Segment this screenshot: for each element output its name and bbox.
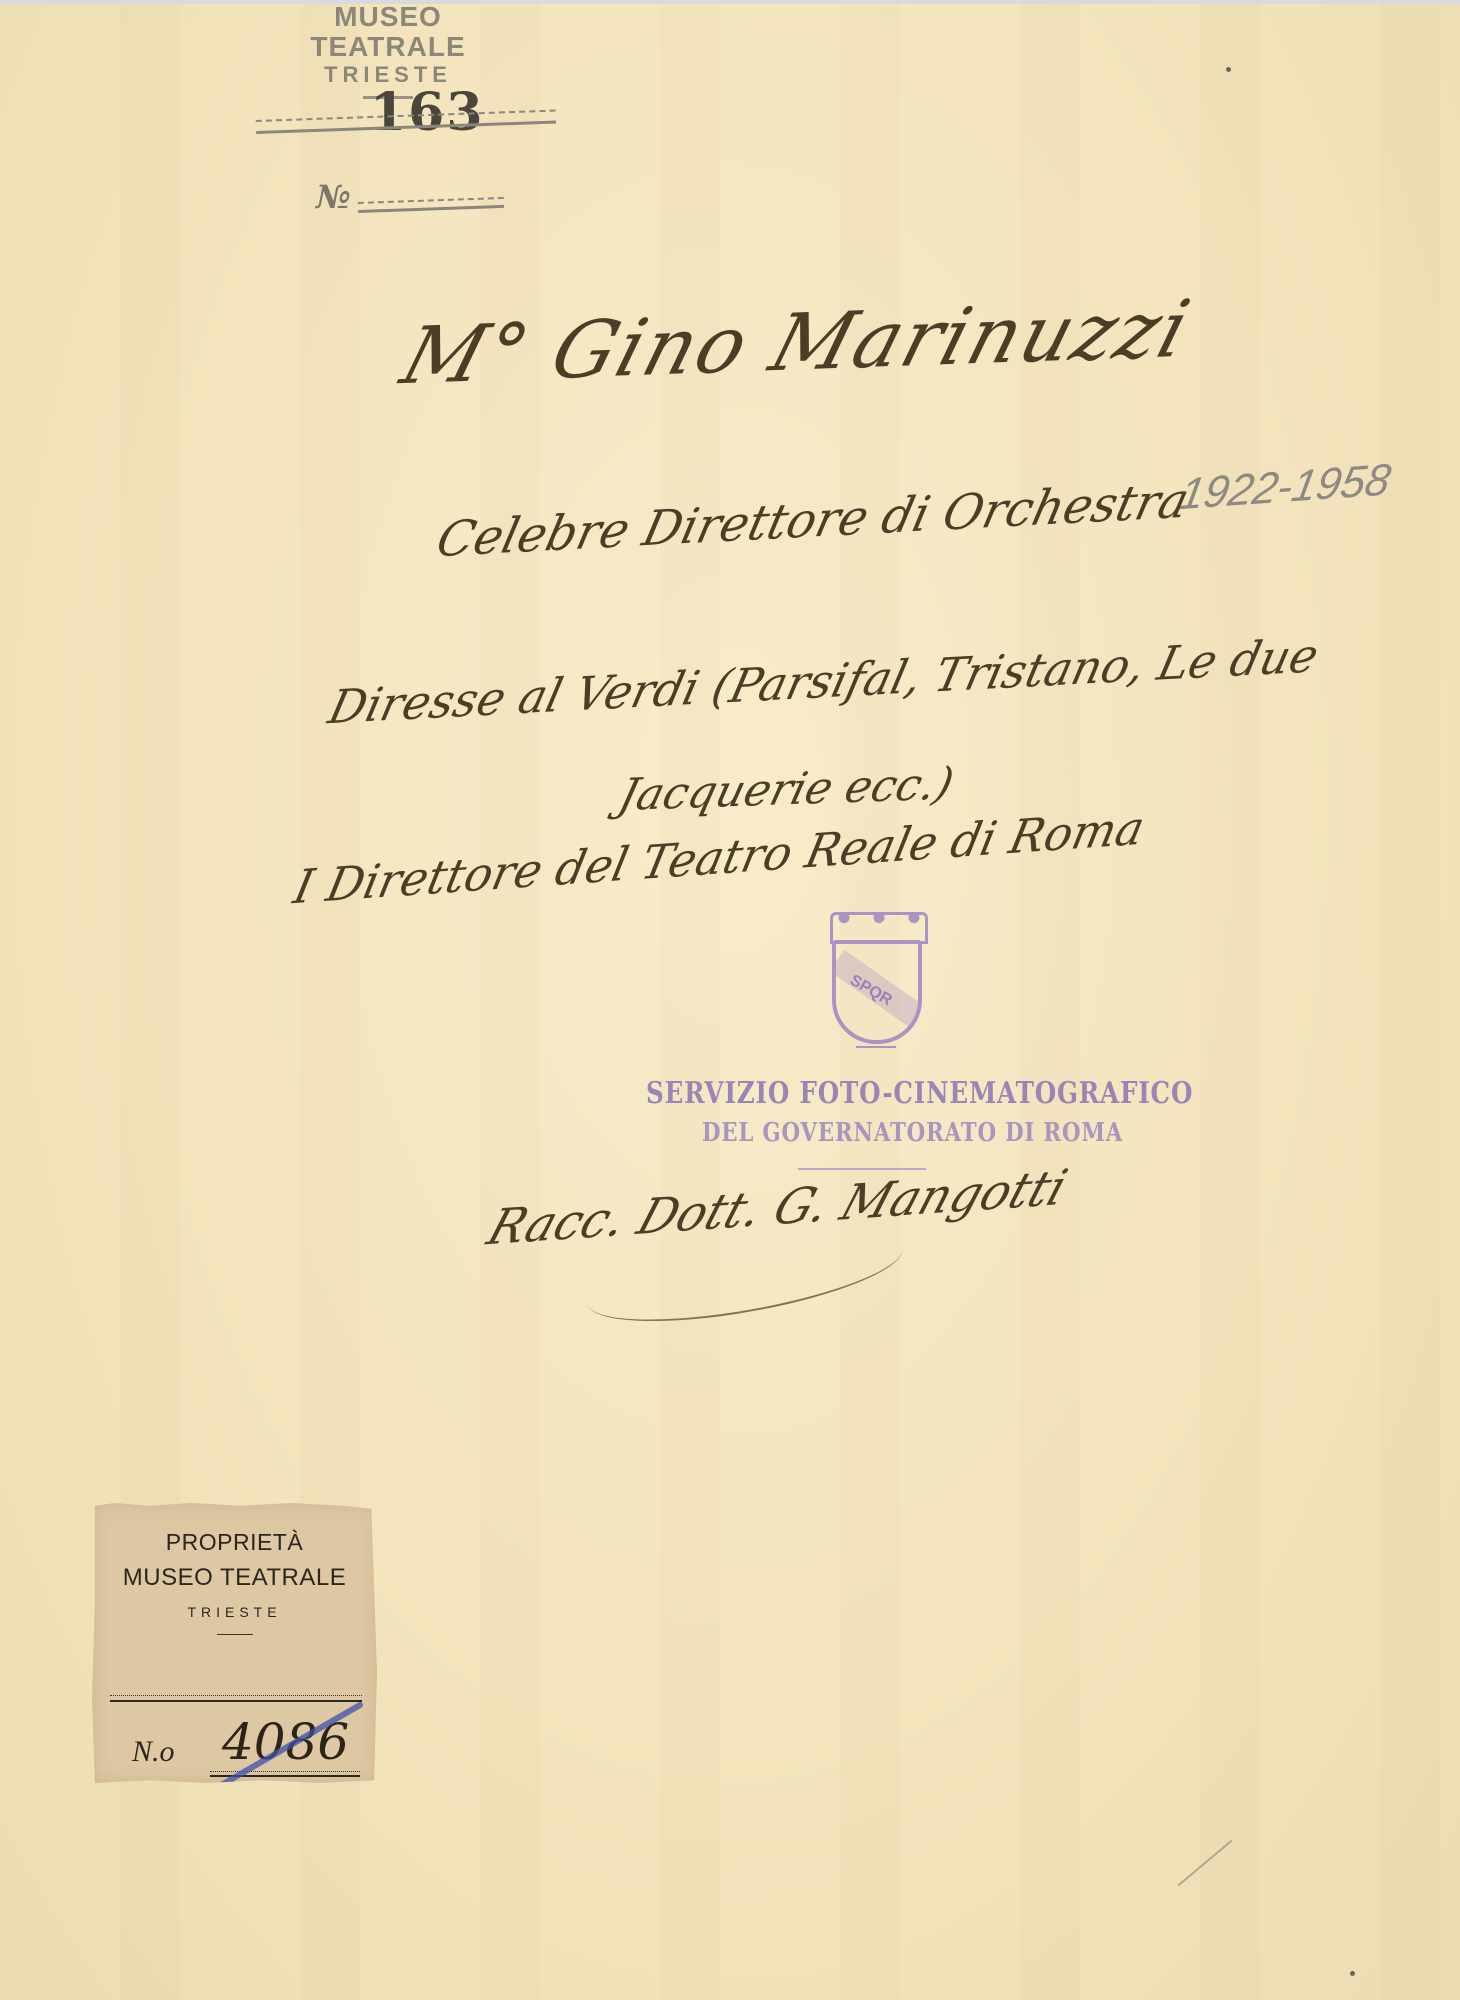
handwritten-line-3: Jacquerie ecc.)	[614, 758, 959, 821]
handwritten-line-1: Celebre Direttore di Orchestra	[431, 472, 1194, 568]
emblem-underline	[856, 1046, 896, 1048]
property-number-label: N.o	[132, 1735, 175, 1769]
shield-icon: SPQR	[832, 940, 922, 1044]
document-page: MUSEO TEATRALE TRIESTE 163 № M° Gino Mar…	[0, 0, 1460, 2000]
pencil-dates: 1922-1958	[1176, 455, 1395, 520]
roma-stamp-line2: DEL GOVERNATORATO DI ROMA	[702, 1118, 1123, 1148]
property-label-line2: MUSEO TEATRALE	[92, 1564, 377, 1592]
numero-symbol: №	[316, 178, 351, 216]
handwritten-title: M° Gino Marinuzzi	[392, 284, 1201, 402]
museum-stamp-line1: MUSEO TEATRALE	[268, 2, 508, 62]
property-label-rule	[110, 1695, 362, 1702]
property-label-line3: TRIESTE	[92, 1604, 377, 1620]
spqr-emblem-stamp: SPQR	[826, 908, 926, 1058]
property-label-line1: PROPRIETÀ	[92, 1529, 377, 1556]
paper-speck	[1350, 1971, 1355, 1976]
handwritten-line-2: Diresse al Verdi (Parsifal, Tristano, Le…	[324, 628, 1324, 734]
scan-top-edge	[0, 0, 1460, 4]
roma-stamp-line1: SERVIZIO FOTO-CINEMATOGRAFICO	[646, 1076, 1193, 1111]
numero-line	[358, 197, 504, 213]
paper-scuff	[1178, 1840, 1233, 1887]
paper-speck	[1226, 67, 1231, 72]
property-label-dash	[217, 1634, 253, 1635]
property-label: PROPRIETÀ MUSEO TEATRALE TRIESTE N.o 408…	[92, 1503, 377, 1783]
roma-stamp-rule	[798, 1168, 926, 1170]
